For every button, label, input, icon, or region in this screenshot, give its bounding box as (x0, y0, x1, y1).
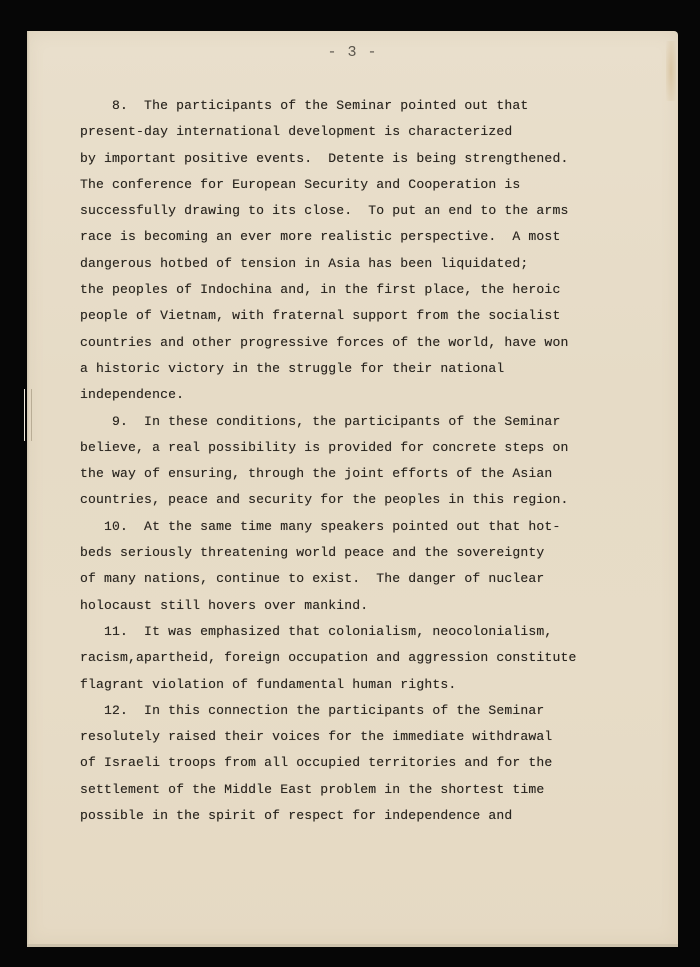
paragraph-8-line: 8. The participants of the Seminar point… (80, 93, 670, 119)
paragraph-8-line: the peoples of Indochina and, in the fir… (80, 277, 670, 303)
paper-tear (24, 389, 32, 441)
paragraph-10-line: beds seriously threatening world peace a… (80, 540, 670, 566)
paragraph-8-line: independence. (80, 382, 670, 408)
paragraph-8-line: The conference for European Security and… (80, 172, 670, 198)
paragraph-8-line: people of Vietnam, with fraternal suppor… (80, 303, 670, 329)
paragraph-9-line: countries, peace and security for the pe… (80, 487, 670, 513)
paragraph-12-line: possible in the spirit of respect for in… (80, 803, 670, 829)
paragraph-8-line: dangerous hotbed of tension in Asia has … (80, 251, 670, 277)
paragraph-8-line: race is becoming an ever more realistic … (80, 224, 670, 250)
page-edge-left (27, 31, 30, 945)
paragraph-10-line: holocaust still hovers over mankind. (80, 593, 670, 619)
paragraph-12-line: settlement of the Middle East problem in… (80, 777, 670, 803)
paragraph-8-line: successfully drawing to its close. To pu… (80, 198, 670, 224)
page-edge-bottom (27, 944, 678, 947)
paragraph-10-line: of many nations, continue to exist. The … (80, 566, 670, 592)
paragraph-9-line: 9. In these conditions, the participants… (80, 409, 670, 435)
paragraph-11-line: 11. It was emphasized that colonialism, … (80, 619, 670, 645)
paragraph-8-line: a historic victory in the struggle for t… (80, 356, 670, 382)
page-number: - 3 - (27, 44, 678, 61)
paragraph-12-line: of Israeli troops from all occupied terr… (80, 750, 670, 776)
paragraph-11-line: flagrant violation of fundamental human … (80, 672, 670, 698)
paper-page: - 3 - 8. The participants of the Seminar… (27, 31, 678, 945)
typewritten-body: 8. The participants of the Seminar point… (80, 93, 670, 829)
paragraph-9-line: believe, a real possibility is provided … (80, 435, 670, 461)
scanned-document: - 3 - 8. The participants of the Seminar… (0, 0, 700, 967)
paragraph-12-line: 12. In this connection the participants … (80, 698, 670, 724)
paragraph-12-line: resolutely raised their voices for the i… (80, 724, 670, 750)
paragraph-10-line: 10. At the same time many speakers point… (80, 514, 670, 540)
paragraph-11-line: racism,apartheid, foreign occupation and… (80, 645, 670, 671)
paragraph-8-line: present-day international development is… (80, 119, 670, 145)
paragraph-8-line: by important positive events. Detente is… (80, 146, 670, 172)
paragraph-9-line: the way of ensuring, through the joint e… (80, 461, 670, 487)
paragraph-8-line: countries and other progressive forces o… (80, 330, 670, 356)
